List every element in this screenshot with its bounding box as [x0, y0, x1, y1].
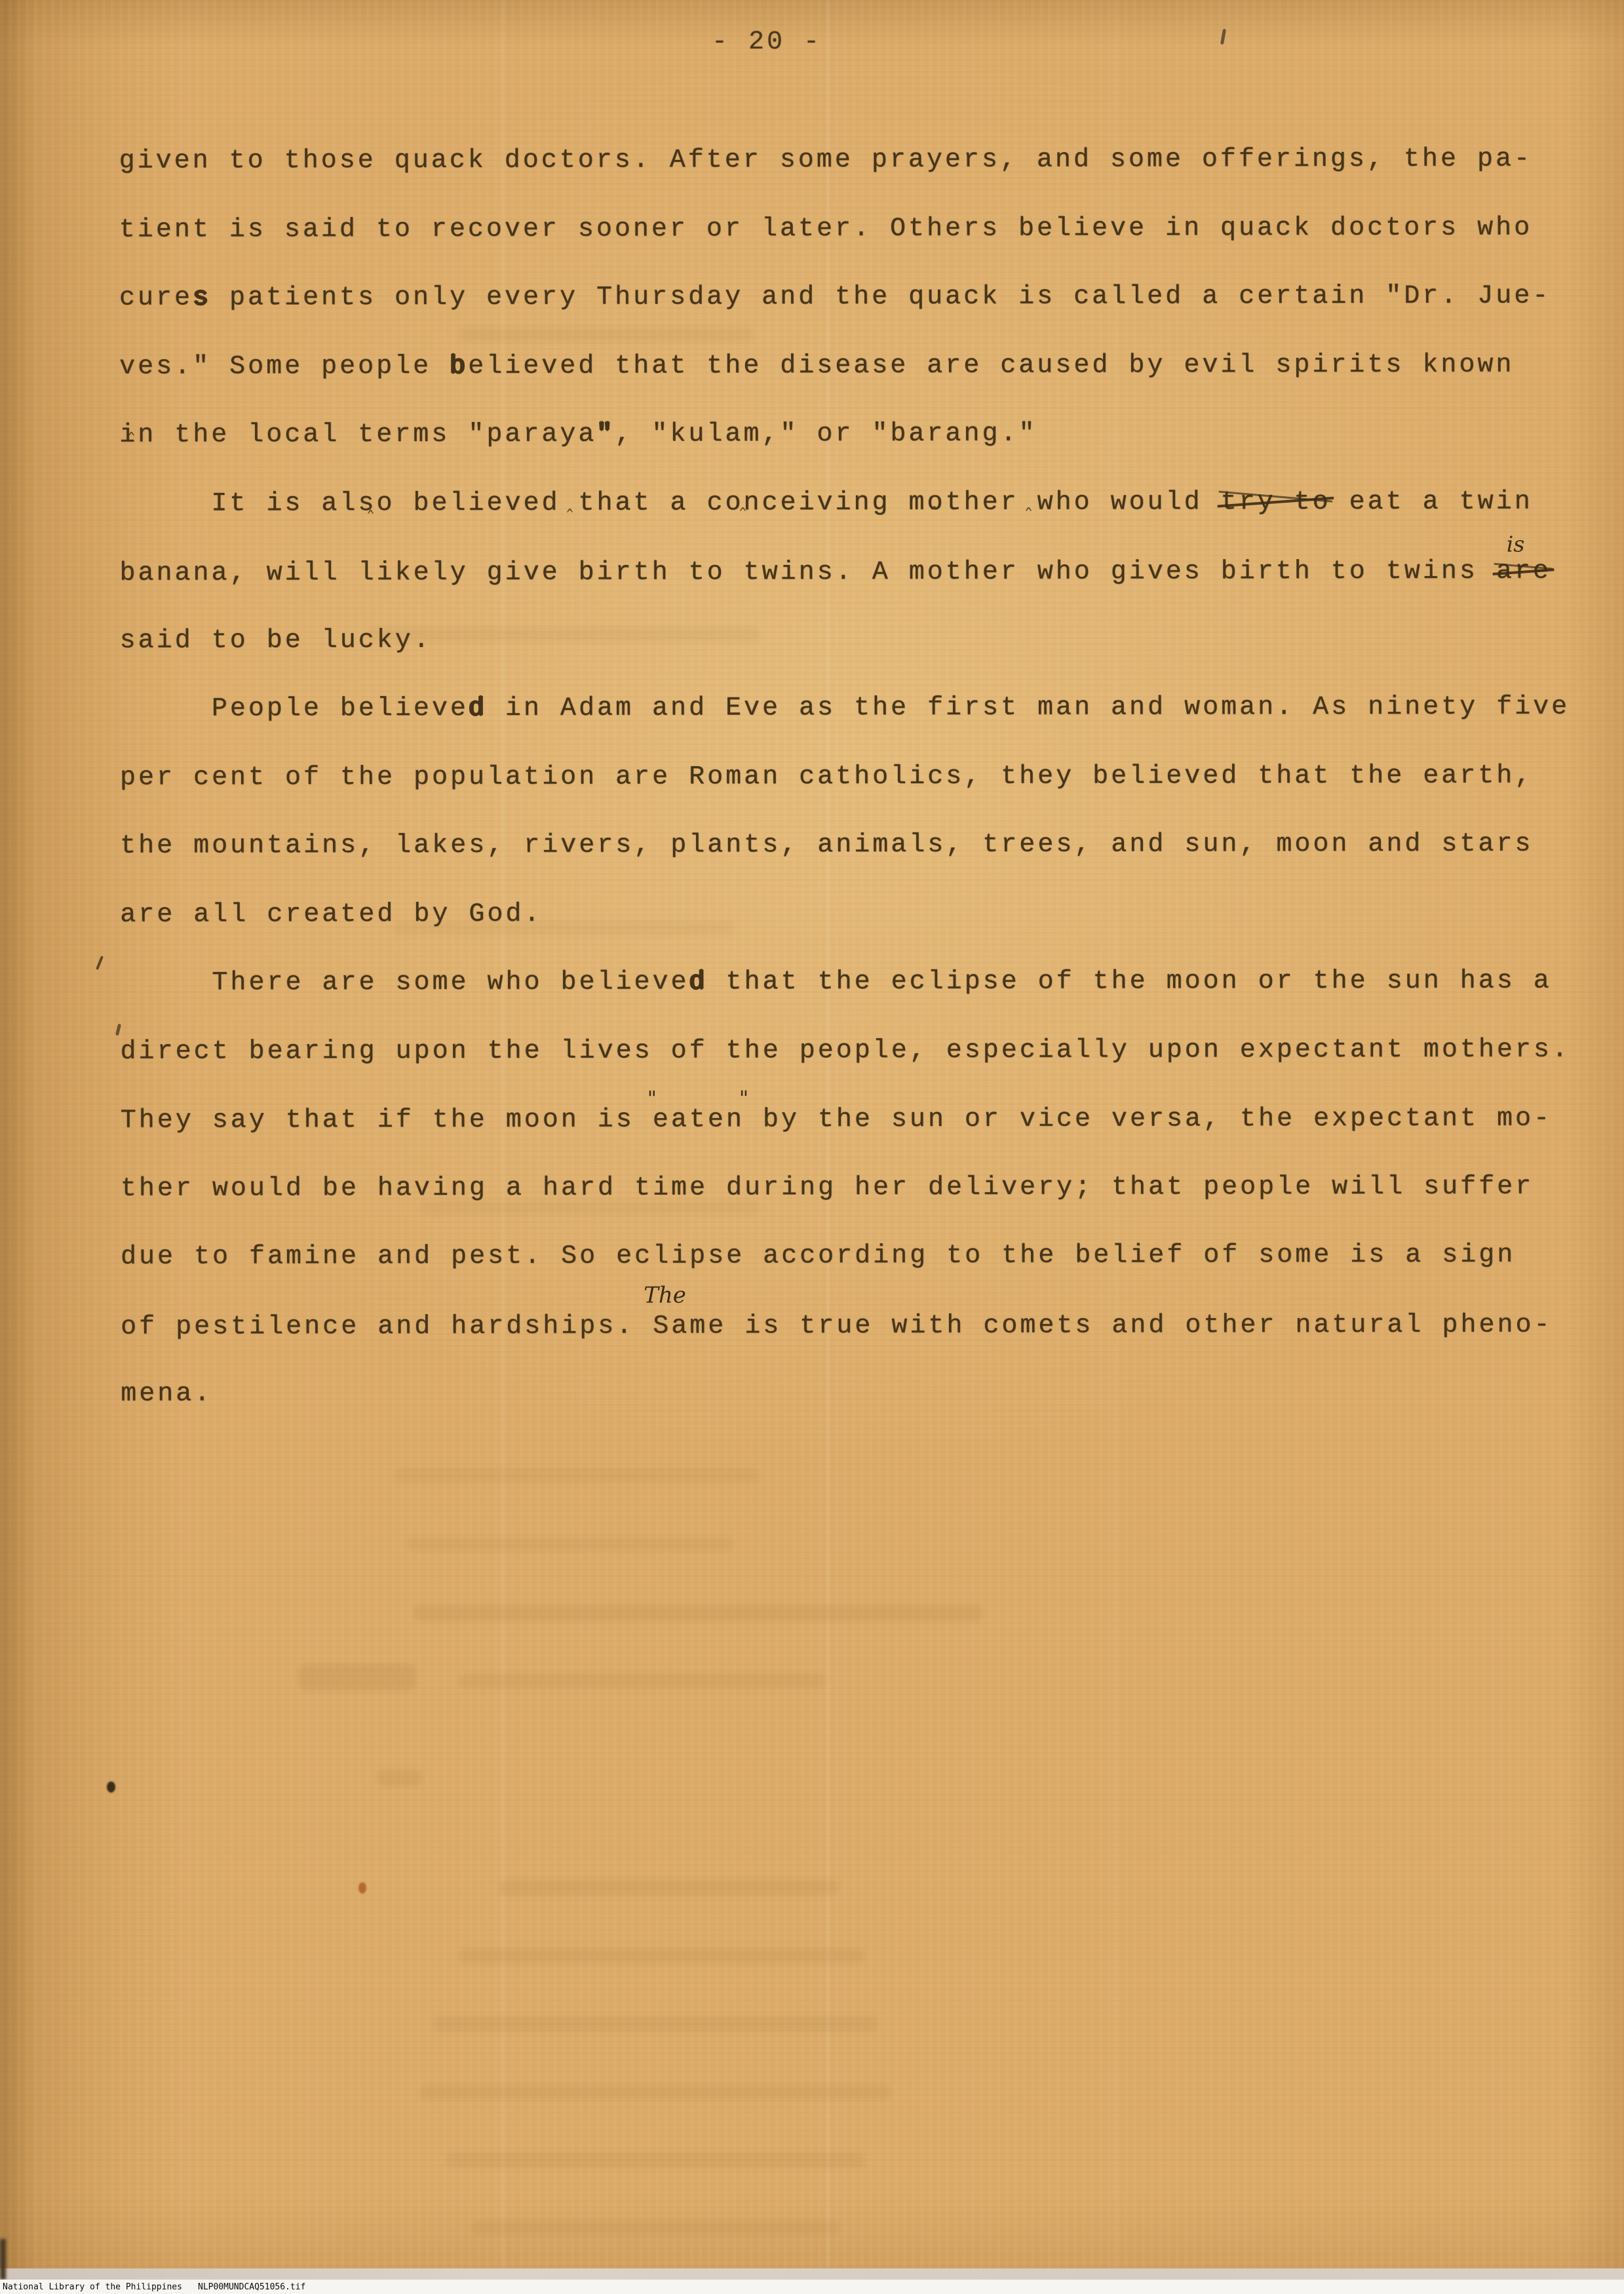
scanner-edge-band [0, 2268, 1624, 2280]
bleed-through-text [298, 1663, 416, 1691]
overstruck-character: d [689, 967, 707, 997]
typed-line-12: are all created by God. [120, 898, 1601, 969]
bleed-through-text [459, 1673, 826, 1689]
library-label: National Library of the Philippines [3, 2282, 182, 2292]
typed-line-17: due to famine and pest. So eclipse accor… [121, 1240, 1602, 1311]
typed-line-3: cures patients only every Thursday and t… [119, 281, 1600, 352]
bleed-through-text [419, 2084, 891, 2100]
scan-filename: NLP00MUNDCAQ51056.tif [198, 2282, 305, 2292]
overstruck-character: s [193, 283, 211, 313]
bleed-through-text [406, 1537, 734, 1551]
ink-speck [358, 1882, 366, 1894]
overstruck-character: d [469, 694, 487, 724]
typed-line-11: the mountains, lakes, rivers, plants, an… [120, 829, 1601, 900]
document-body: given to those quack doctors. After some… [119, 144, 1602, 1448]
bleed-through-text [472, 2221, 839, 2235]
typed-line-13: There are some who believed that the ecl… [120, 966, 1601, 1037]
strikethrough-edit: are [1496, 557, 1551, 587]
scanner-footer: National Library of the Philippines NLP0… [0, 2280, 1624, 2294]
typed-line-9: People believed in Adam and Eve as the f… [120, 692, 1601, 763]
bleed-through-text [446, 2152, 865, 2168]
bleed-through-text [433, 2016, 878, 2032]
bleed-through-text [498, 1880, 839, 1895]
typed-line-7: banana, will likely give birth to twins.… [119, 555, 1600, 626]
bleed-through-text [377, 1770, 423, 1787]
bleed-through-text [459, 1948, 865, 1964]
typed-line-16: ther would be having a hard time during … [121, 1172, 1602, 1243]
typed-line-14: direct bearing upon the lives of the peo… [121, 1035, 1602, 1106]
typed-line-8: said to be lucky. [120, 624, 1601, 695]
typed-line-1: given to those quack doctors. After some… [119, 144, 1600, 215]
bleed-through-text [413, 1604, 983, 1622]
scanned-document-page: - 20 - given to those quack doctors. Aft… [0, 0, 1624, 2294]
typed-line-18: of pestilence and hardships. TheSame is … [121, 1309, 1602, 1380]
scan-edge-shadow [0, 2239, 6, 2280]
typed-line-15: They say that if the moon is "eaten" by … [121, 1103, 1602, 1174]
page-number: - 20 - [712, 28, 822, 57]
typed-line-6: It is also believed that a conceiving mo… [119, 487, 1600, 558]
typed-line-2: tient is said to recover sooner or later… [119, 213, 1600, 284]
typed-line-19: mena. [121, 1377, 1602, 1448]
bleed-through-text [393, 1468, 760, 1483]
stray-mark [1220, 29, 1226, 45]
overstruck-character: b [450, 351, 468, 381]
stray-mark [96, 956, 104, 970]
strikethrough-edit: try to [1221, 487, 1331, 516]
ink-speck [107, 1781, 115, 1793]
overstruck-character: " [596, 420, 615, 450]
typed-line-5: in the local terms "paraya", "kulam," or… [119, 418, 1600, 489]
typed-line-10: per cent of the population are Roman cat… [120, 761, 1601, 832]
typed-line-4: ves." Some people believed that the dise… [119, 350, 1600, 421]
